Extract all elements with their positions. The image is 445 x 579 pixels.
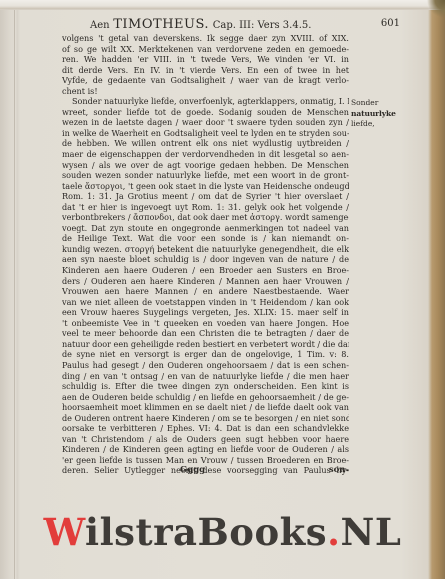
text-line: aen de Ouderen beide schuldig / en liefd… — [62, 392, 349, 403]
text-line: Kinderen / de Kinderen geen agting en li… — [62, 444, 349, 455]
text-line: Paulus had gesegt / den Ouderen ongehoor… — [62, 360, 349, 371]
text-line: van we niet alleen de voetstappen vinden… — [62, 297, 349, 308]
text-line: Kinderen aen haere Ouderen / een Broeder… — [62, 265, 349, 276]
text-line: de Ouderen ontrent haere Kinderen / om s… — [62, 413, 349, 424]
text-line: voegt. Dat zyn stoute en ongegronde aenm… — [62, 223, 349, 234]
text-line: ren. We hadden 'er VIII. in 't twede Ver… — [62, 54, 349, 65]
text-line: volgens 't getal van deverskens. Ik segg… — [62, 33, 349, 44]
margin-note-line: Sonder — [351, 98, 401, 109]
text-line: chent is! — [62, 86, 349, 97]
book-corner — [425, 0, 445, 20]
running-head-lead: Aen — [90, 20, 110, 31]
margin-note: Sonder natuurlyke liefde, — [351, 98, 401, 130]
text-line: ding / en van 't ontsag / en van de natu… — [62, 371, 349, 382]
text-line: een Vrouw haeres Suygelings vergeten, Je… — [62, 307, 349, 318]
margin-note-line: liefde, — [351, 119, 401, 130]
text-line: Sonder natuurlyke liefde, onverfoenlyk, … — [62, 96, 349, 107]
text-line: of so ge wilt XX. Merktekenen van verdor… — [62, 44, 349, 55]
catchword: son- — [329, 465, 349, 475]
page-top-edge — [0, 0, 445, 10]
text-line: Vrouwen aen haere Mannen / en andere Nae… — [62, 286, 349, 297]
text-line: dit derde Vers. En IV. in 't vierde Vers… — [62, 65, 349, 76]
running-head-chapter: Cap. III: Vers 3.4.5. — [213, 20, 312, 31]
body-text: volgens 't getal van deverskens. Ik segg… — [62, 33, 349, 476]
text-line: verbontbrekers / ἄσπονδοι, dat ook daer … — [62, 212, 349, 223]
text-line: veel te meer behoorde dan een Christen d… — [62, 328, 349, 339]
watermark-name: ilstraBooks — [85, 510, 327, 554]
text-line: taele ἄστοργοι, 't geen ook staet in die… — [62, 181, 349, 192]
watermark-logo: WilstraBooks.NL — [0, 510, 445, 554]
text-line: in welke de Waerheit en Godtsaligheit ve… — [62, 128, 349, 139]
watermark-dot: . — [327, 510, 340, 554]
text-line: wezen in de laetste dagen / waer door 't… — [62, 117, 349, 128]
text-line: natuur door een geheiligde reden bestier… — [62, 339, 349, 350]
text-line: wreet, sonder liefde tot de goede. Sodan… — [62, 107, 349, 118]
text-line: aen syn naeste bloet schuldig is / door … — [62, 254, 349, 265]
text-line: de hebben. We willen ontrent elk ons nie… — [62, 138, 349, 149]
text-line: schuldig is. Efter die twee dingen zyn o… — [62, 381, 349, 392]
margin-note-line: natuurlyke — [351, 109, 401, 120]
running-head-title: TIMOTHEUS. — [113, 17, 209, 32]
text-line: 'er geen liefde is tussen Man en Vrouw /… — [62, 455, 349, 466]
text-line: oorsake te verbitteren / Ephes. VI: 4. D… — [62, 423, 349, 434]
text-line: deren. Selier Uytlegger neemt dese voors… — [62, 465, 349, 476]
text-line: de syne niet en versorgt is erger dan de… — [62, 349, 349, 360]
text-line: 't onbeemiste Vee in 't queeken en voede… — [62, 318, 349, 329]
text-line: hoorsaemheit moet klimmen en se daelt ni… — [62, 402, 349, 413]
text-line: Rom. 1: 31. Ja Grotius meent / om dat de… — [62, 191, 349, 202]
text-line: Vyfde, de gedaente van Godtsaligheit / w… — [62, 75, 349, 86]
page-fold-line — [14, 10, 15, 579]
text-line: ders / Ouderen aen haere Kinderen / Mann… — [62, 276, 349, 287]
running-head: Aen TIMOTHEUS. Cap. III: Vers 3.4.5. 601 — [90, 17, 400, 32]
watermark-initial: W — [44, 510, 85, 554]
signature-mark: Gggg — [180, 465, 205, 475]
text-line: souden wezen sonder natuurlyke liefde, m… — [62, 170, 349, 181]
text-line: maer de eigenschappen der verdorvendhede… — [62, 149, 349, 160]
watermark-tld: NL — [341, 510, 402, 554]
page-number: 601 — [381, 18, 400, 29]
text-line: de Heilige Text. Wat die voor een sonde … — [62, 233, 349, 244]
text-line: wysen / als we over de agt voorige gedae… — [62, 160, 349, 171]
text-line: van 't Christendom / als de Ouders geen … — [62, 434, 349, 445]
text-line: kundig wezen. στοργή betekent die natuur… — [62, 244, 349, 255]
text-line: dat 't er hier is ingevoegt uyt Rom. 1: … — [62, 202, 349, 213]
